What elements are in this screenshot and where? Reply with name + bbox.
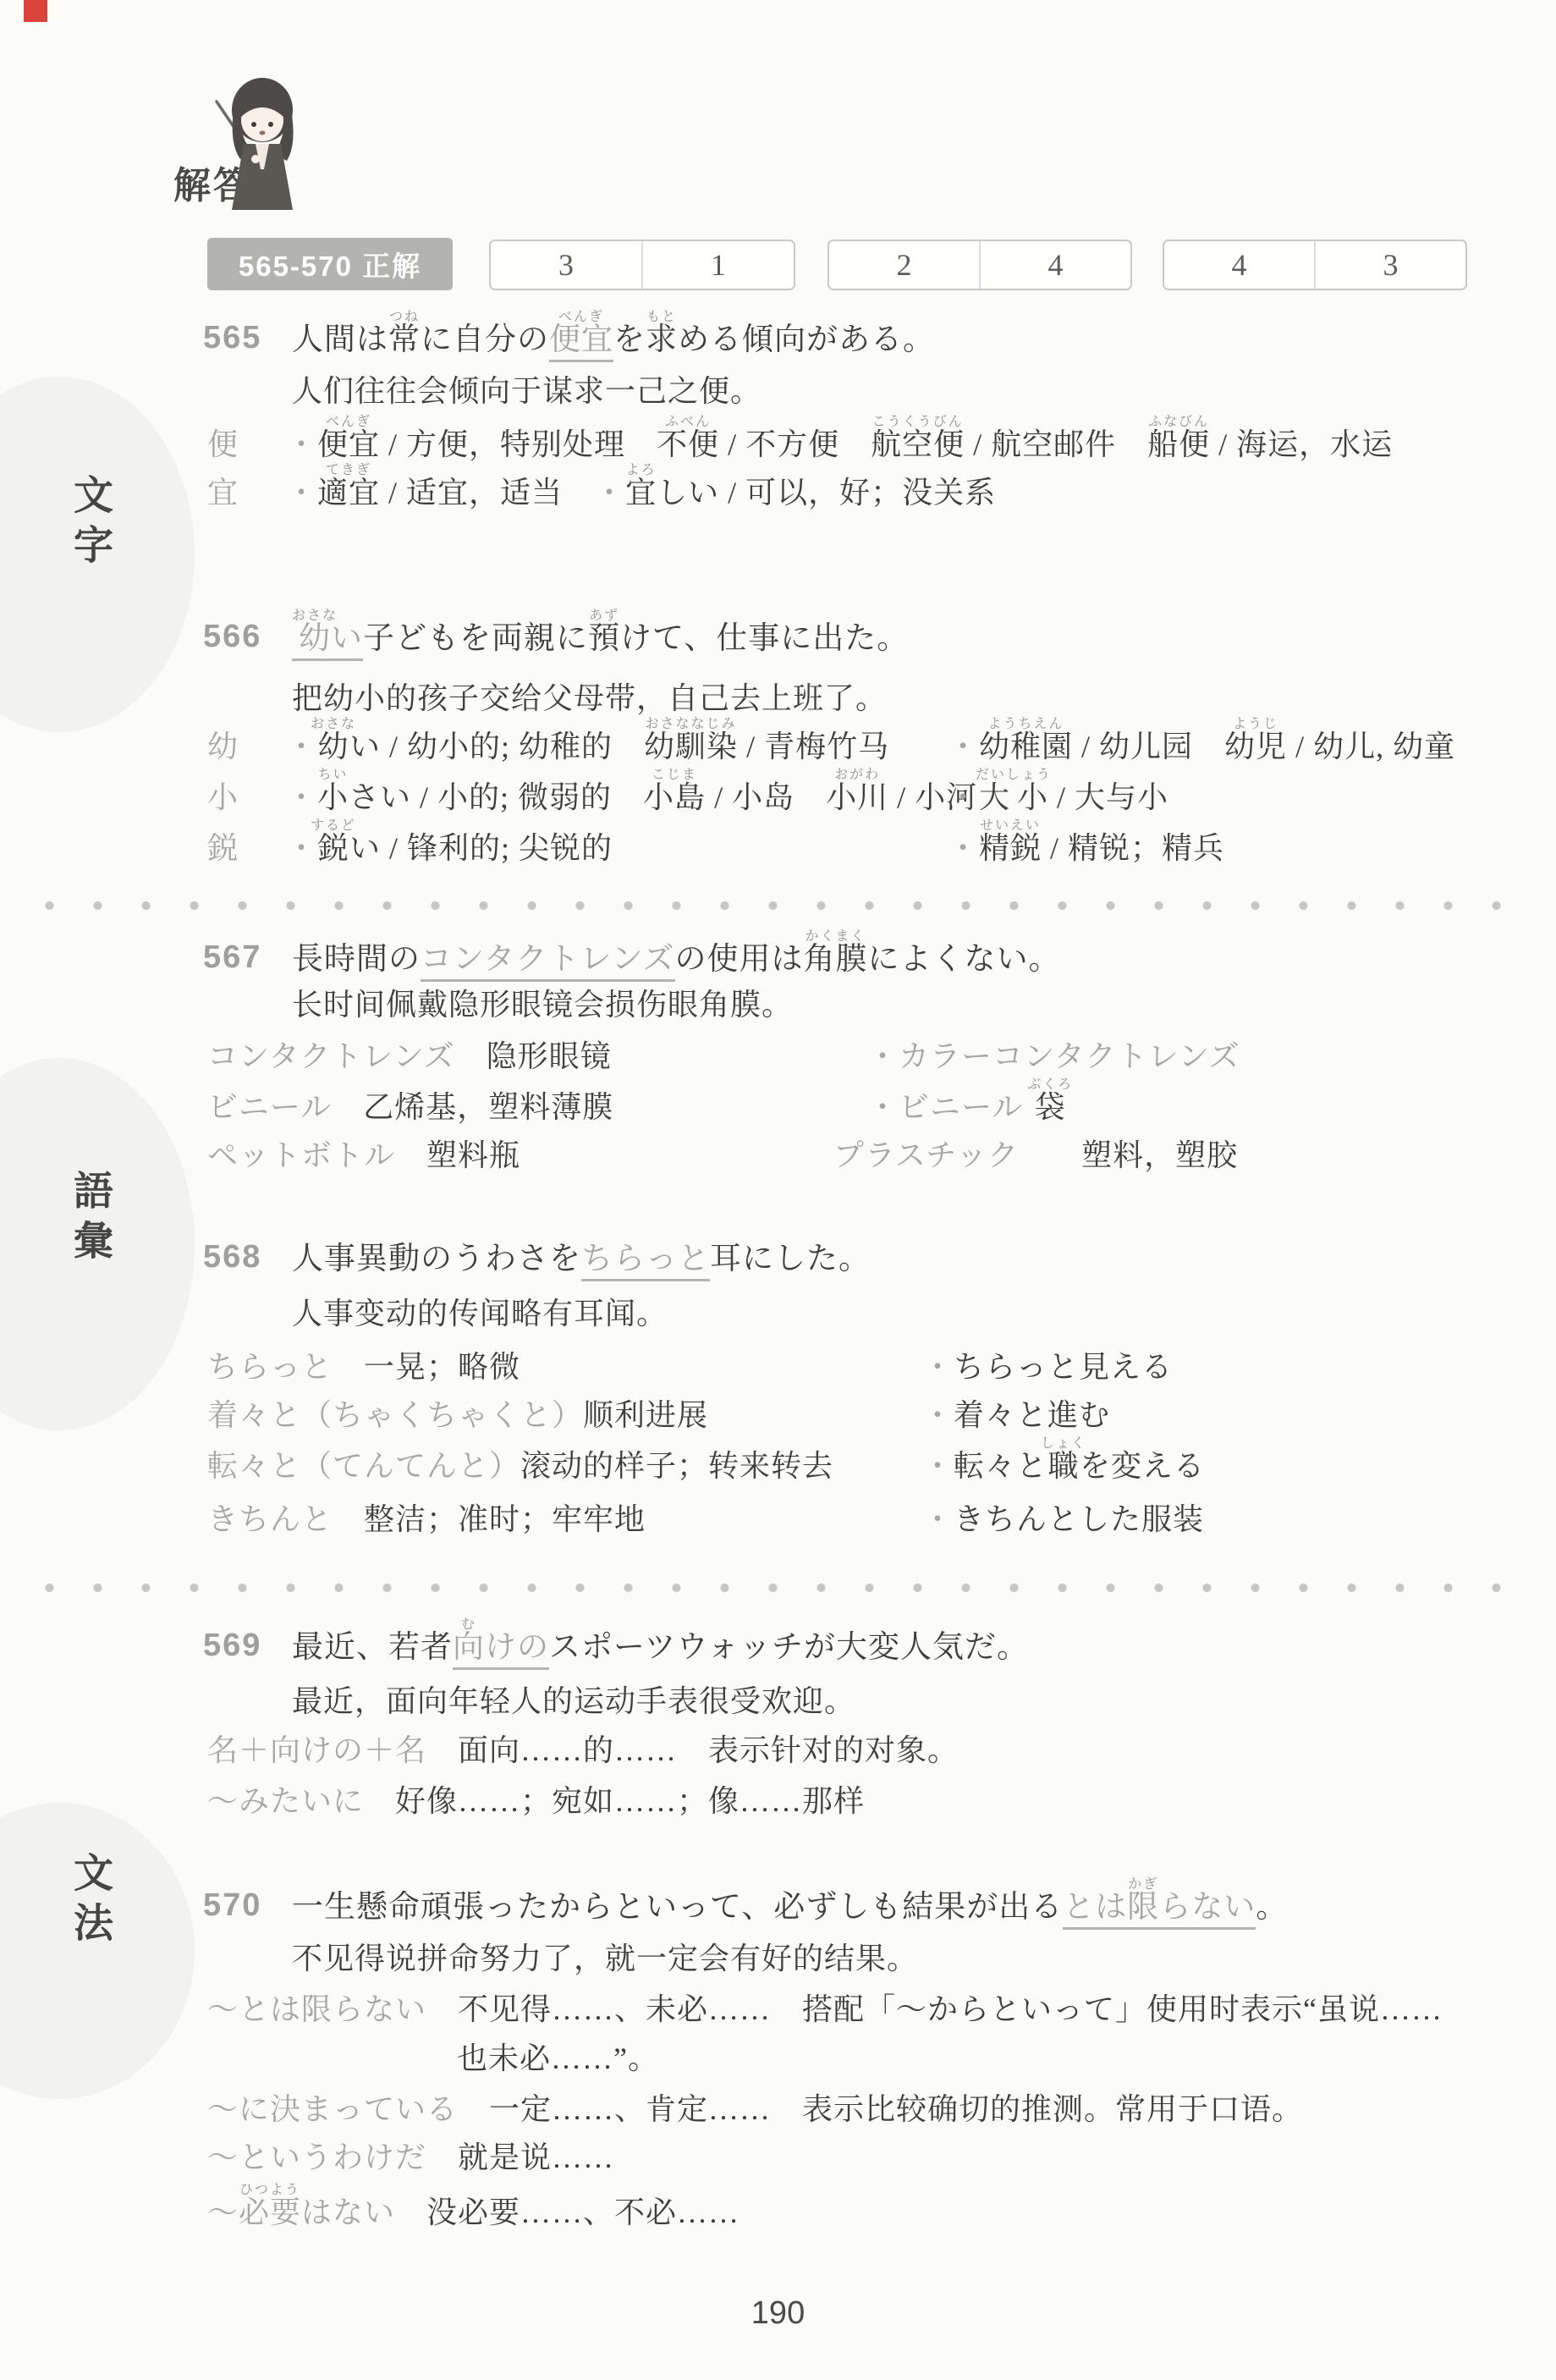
question-sentence: 最近、若者向むけのスポーツウォッチが大変人気だ。 — [292, 1611, 1029, 1667]
vocab-line: ペットボトル 塑料瓶 — [207, 1118, 520, 1174]
question-number: 566 — [203, 619, 261, 655]
kanji-key: 小 — [207, 760, 239, 816]
question-number: 567 — [203, 939, 261, 976]
grammar-line: ～というわけだ 就是说…… — [207, 2120, 614, 2176]
answer-box-group: 2 4 — [827, 240, 1132, 290]
question-sentence: 一生懸命頑張ったからといって、必ずしも結果が出るとは限かぎらない。 — [292, 1870, 1288, 1926]
grammar-line: 名＋向けの＋名 面向……的…… 表示针对的对象。 — [207, 1713, 959, 1769]
vocab-line-right: ・転々と職しょくを変える — [922, 1429, 1205, 1485]
answer-box-group: 3 1 — [489, 240, 795, 290]
kanji-key: 宜 — [207, 455, 239, 511]
sidebar-label-bunpou: 文法 — [63, 1852, 119, 1952]
vocab-line-right: ・大小だいしょう / 大与小 — [948, 760, 1168, 816]
vocab-line: きちんと 整洁；准时；牢牢地 — [207, 1482, 646, 1538]
chinese-translation: 不见得说拼命努力了，就一定会有好的结果。 — [292, 1921, 918, 1977]
question-number: 565 — [203, 320, 261, 356]
question-number: 569 — [203, 1628, 261, 1664]
dotted-divider — [25, 1581, 1531, 1595]
answer-cell: 4 — [1164, 241, 1314, 289]
answer-cell: 4 — [979, 241, 1130, 289]
page-number: 190 — [0, 2295, 1556, 2332]
chinese-translation: 长时间佩戴隐形眼镜会损伤眼角膜。 — [292, 967, 793, 1023]
chinese-translation: 最近，面向年轻人的运动手表很受欢迎。 — [292, 1664, 855, 1720]
vocab-line-right: ・カラーコンタクトレンズ — [867, 1019, 1240, 1075]
red-corner-mark — [24, 0, 47, 22]
kanji-key: 幼 — [207, 709, 239, 765]
textbook-answer-page: 文字 語彙 文法 解答 565-570 正解 3 1 2 4 4 3 565 — [0, 0, 1556, 2380]
vocab-line: 転々と（てんてんと）滚动的样子；转来转去 — [207, 1429, 833, 1485]
vocab-line-right: ・きちんとした服装 — [922, 1482, 1204, 1538]
answer-range-badge: 565-570 正解 — [207, 238, 453, 290]
vocab-line: ・鋭するどい / 锋利的; 尖锐的 — [286, 811, 613, 867]
chinese-translation: 人们往往会倾向于谋求一己之便。 — [292, 354, 762, 410]
vocab-line-right: ・着々と進む — [922, 1378, 1110, 1434]
dotted-divider — [25, 899, 1531, 912]
vocab-line-right: ・精鋭せいえい / 精锐；精兵 — [948, 811, 1224, 867]
vocab-line: コンタクトレンズ 隐形眼镜 — [207, 1019, 612, 1075]
answer-cell: 3 — [491, 241, 641, 289]
answer-box-group: 4 3 — [1163, 240, 1467, 290]
teacher-girl-illustration — [210, 68, 307, 220]
answer-cell: 2 — [829, 241, 979, 289]
question-number: 570 — [203, 1887, 261, 1924]
sidebar-label-moji: 文字 — [63, 474, 119, 574]
vocab-line-right: ・幼稚園ようちえん / 幼儿园 幼児ようじ / 幼儿, 幼童 — [948, 709, 1455, 765]
vocab-line: 着々と（ちゃくちゃくと）顺利进展 — [207, 1378, 708, 1434]
answer-cell: 1 — [641, 241, 794, 289]
chinese-translation: 人事变动的传闻略有耳闻。 — [292, 1276, 668, 1332]
grammar-line: ～必要ひつようはない 没必要……、不必…… — [207, 2175, 740, 2231]
grammar-line: ～とは限らない 不见得……、未必…… 搭配「～からといって」使用时表示“虽说…… — [207, 1972, 1443, 2028]
question-sentence: 幼おさない子どもを両親に預あずけて、仕事に出た。 — [292, 602, 909, 658]
grammar-line: ～みたいに 好像……；宛如……；像……那样 — [207, 1764, 865, 1820]
vocab-line: ・小ちいさい / 小的; 微弱的 小島こじま / 小岛 小川おがわ / 小河 — [286, 760, 977, 816]
question-sentence: 人事異動のうわさをちらっと耳にした。 — [292, 1222, 871, 1278]
answer-cell: 3 — [1314, 241, 1465, 289]
sidebar-label-goi: 語彙 — [63, 1170, 119, 1270]
vocab-line-right: プラスチック 塑料，塑胶 — [833, 1118, 1238, 1174]
question-sentence: 人間は常つねに自分の便宜べんぎを求もとめる傾向がある。 — [292, 303, 935, 359]
grammar-line-continued: 也未必……”。 — [457, 2021, 659, 2077]
question-number: 568 — [203, 1239, 261, 1275]
kanji-key: 鋭 — [207, 811, 239, 867]
vocab-line: ・幼おさない / 幼小的; 幼稚的 幼馴染おさななじみ / 青梅竹马 — [286, 709, 889, 765]
vocab-line: ・適宜てきぎ / 适宜，适当 ・宜よろしい / 可以，好；没关系 — [286, 455, 996, 511]
